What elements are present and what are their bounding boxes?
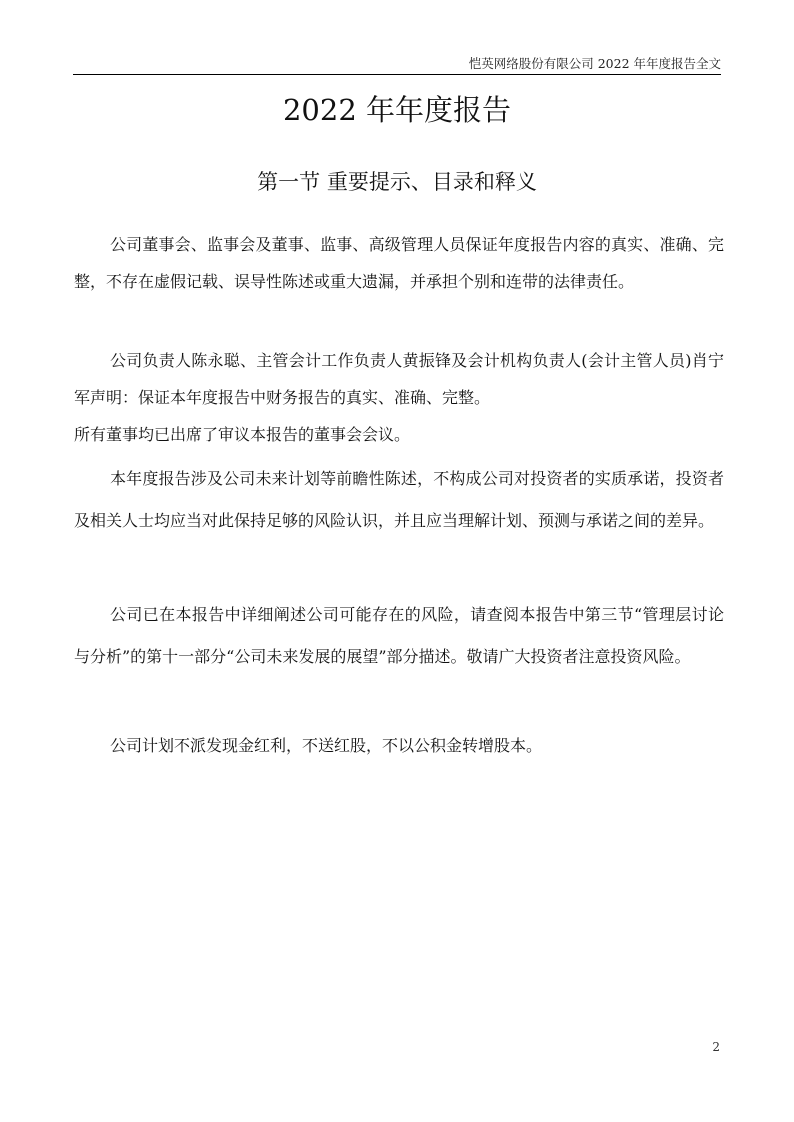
document-title: 2022 年年度报告 xyxy=(0,92,794,128)
running-title: 恺英网络股份有限公司 2022 年年度报告全文 xyxy=(469,56,721,71)
paragraph-forward-looking: 本年度报告涉及公司未来计划等前瞻性陈述，不构成公司对投资者的实质承诺，投资者及相… xyxy=(74,458,724,542)
paragraph-responsibility-statement: 公司董事会、监事会及董事、监事、高级管理人员保证年度报告内容的真实、准确、完整，… xyxy=(74,226,724,300)
paragraph-text: 本年度报告涉及公司未来计划等前瞻性陈述，不构成公司对投资者的实质承诺，投资者及相… xyxy=(74,458,724,542)
paragraph-financial-declaration: 公司负责人陈永聪、主管会计工作负责人黄振锋及会计机构负责人(会计主管人员)肖宁军… xyxy=(74,342,724,416)
paragraph-text: 公司董事会、监事会及董事、监事、高级管理人员保证年度报告内容的真实、准确、完整，… xyxy=(74,226,724,300)
section-title: 第一节 重要提示、目录和释义 xyxy=(0,168,794,196)
paragraph-text: 所有董事均已出席了审议本报告的董事会会议。 xyxy=(74,416,724,453)
paragraph-text: 公司负责人陈永聪、主管会计工作负责人黄振锋及会计机构负责人(会计主管人员)肖宁军… xyxy=(74,342,724,416)
paragraph-board-attendance: 所有董事均已出席了审议本报告的董事会会议。 xyxy=(74,416,724,453)
paragraph-text: 公司计划不派发现金红利，不送红股，不以公积金转增股本。 xyxy=(74,727,724,764)
paragraph-dividend-plan: 公司计划不派发现金红利，不送红股，不以公积金转增股本。 xyxy=(74,727,724,764)
page-number: 2 xyxy=(700,1040,720,1054)
paragraph-risk-notice: 公司已在本报告中详细阐述公司可能存在的风险，请查阅本报告中第三节“管理层讨论与分… xyxy=(74,594,724,678)
page-header: 恺英网络股份有限公司 2022 年年度报告全文 xyxy=(73,56,721,75)
paragraph-text: 公司已在本报告中详细阐述公司可能存在的风险，请查阅本报告中第三节“管理层讨论与分… xyxy=(74,594,724,678)
